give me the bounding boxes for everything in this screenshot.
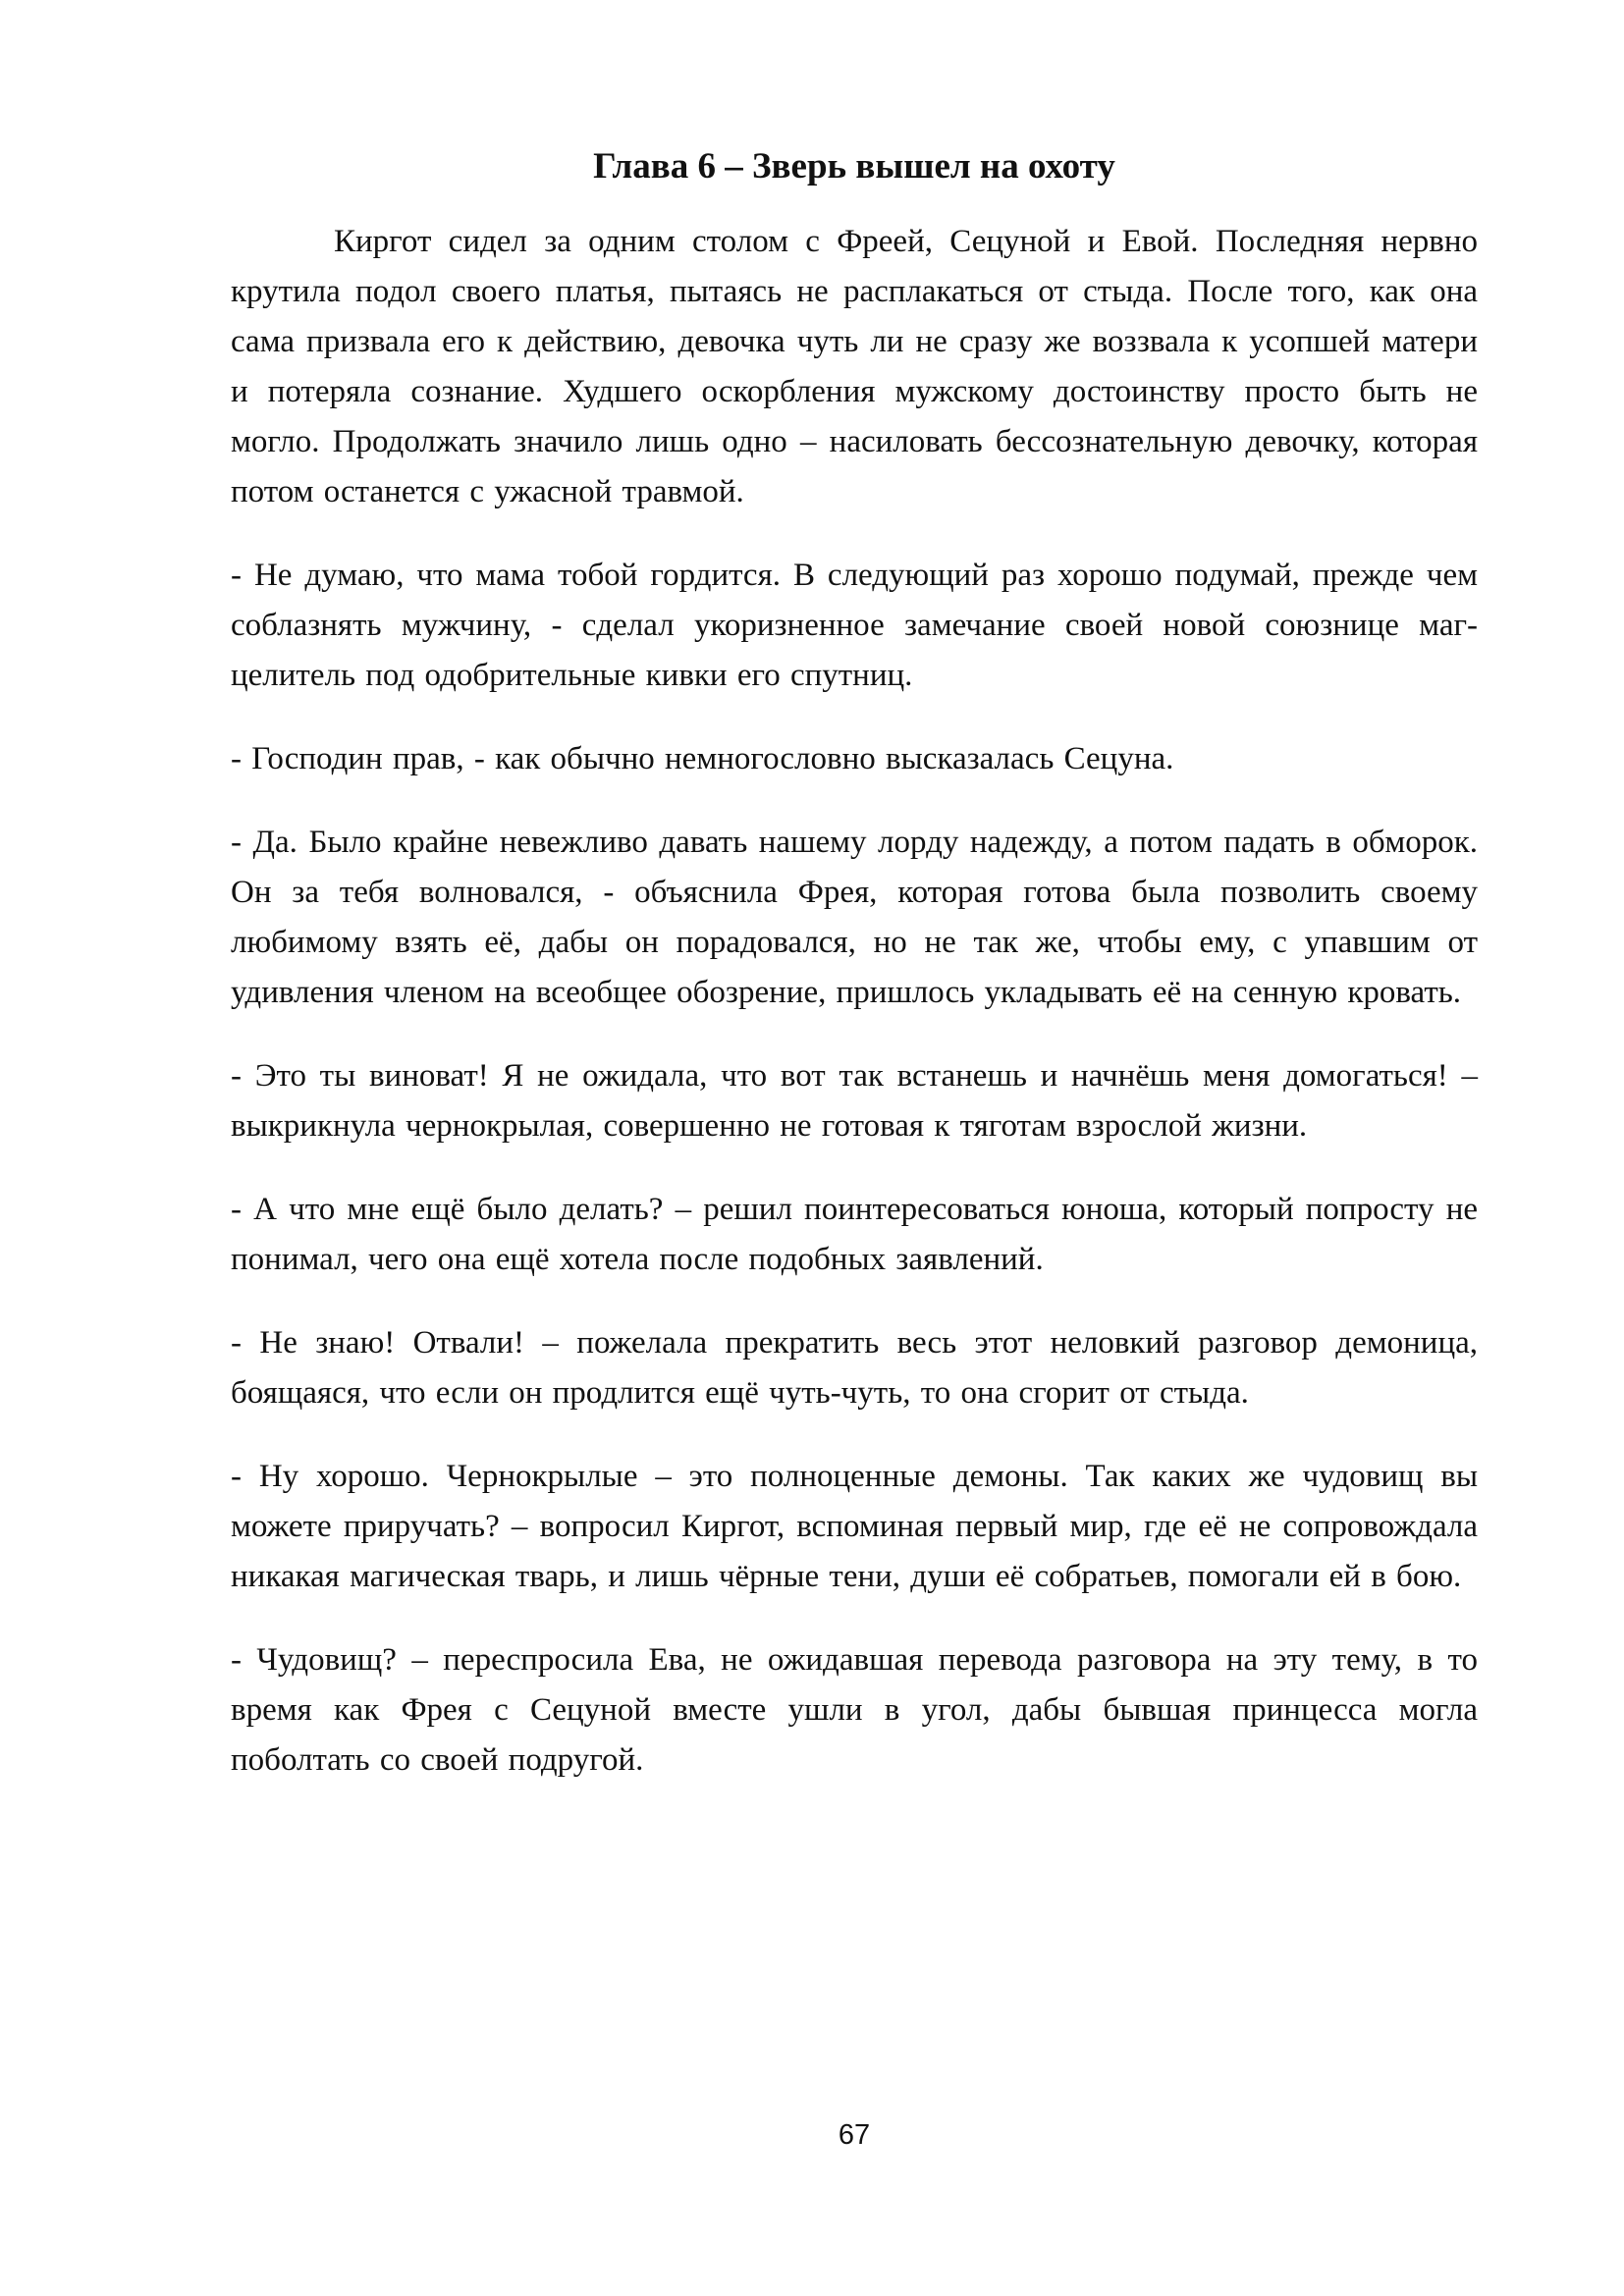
text-block: Глава 6 – Зверь вышел на охоту Киргот си…: [231, 141, 1478, 1819]
paragraph: - Чудовищ? – переспросила Ева, не ожидав…: [231, 1635, 1478, 1786]
paragraph: - Это ты виноват! Я не ожидала, что вот …: [231, 1051, 1478, 1151]
paragraphs-container: Киргот сидел за одним столом с Фреей, Се…: [231, 217, 1478, 1786]
paragraph: - Да. Было крайне невежливо давать нашем…: [231, 818, 1478, 1018]
paragraph: - Господин прав, - как обычно немногосло…: [231, 734, 1478, 784]
chapter-title: Глава 6 – Зверь вышел на охоту: [231, 141, 1478, 191]
page-number: 67: [231, 2118, 1478, 2152]
document-page: Глава 6 – Зверь вышел на охоту Киргот си…: [0, 0, 1624, 2296]
paragraph: - Не знаю! Отвали! – пожелала прекратить…: [231, 1318, 1478, 1418]
paragraph: - Не думаю, что мама тобой гордится. В с…: [231, 551, 1478, 701]
paragraph: Киргот сидел за одним столом с Фреей, Се…: [231, 217, 1478, 517]
paragraph: - А что мне ещё было делать? – решил пои…: [231, 1185, 1478, 1285]
paragraph: - Ну хорошо. Чернокрылые – это полноценн…: [231, 1452, 1478, 1602]
